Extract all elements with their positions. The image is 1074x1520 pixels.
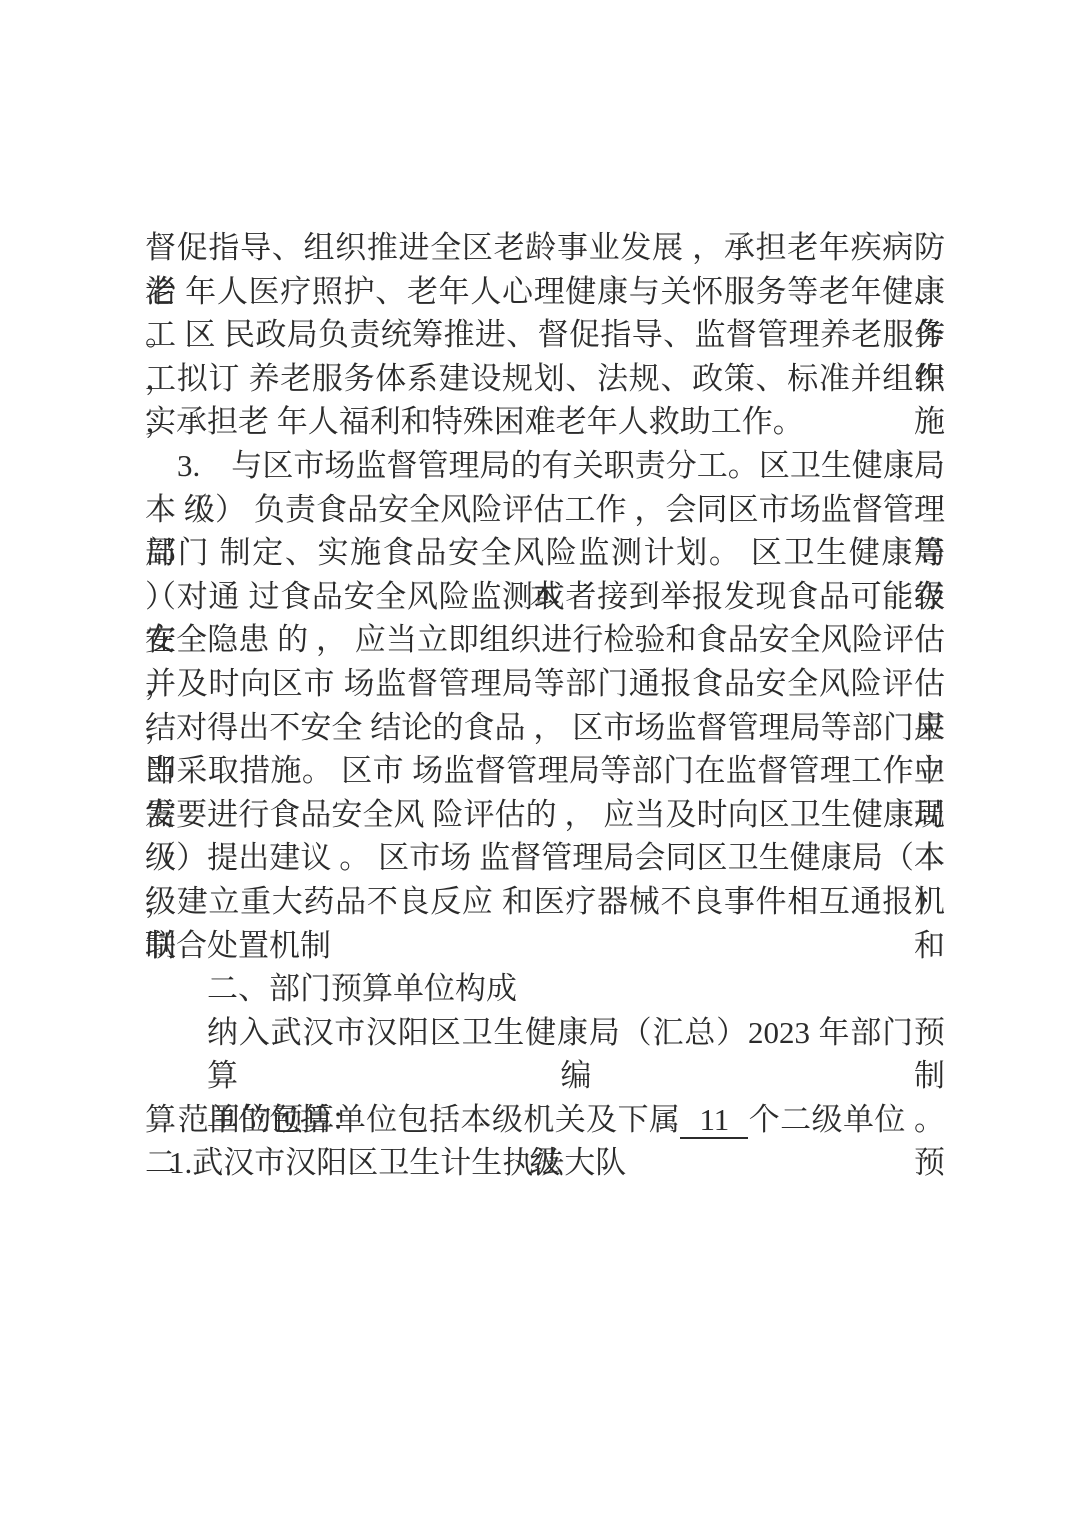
text-line: ，对得出不安全 结论的食品 ， 区市场监督管理局等部门应当立 — [145, 706, 945, 750]
document-page: { "page": { "background_color": "#ffffff… — [0, 0, 1074, 1520]
text-line: 。 区 民政局负责统筹推进、督促指导、监督管理养老服务工作 — [145, 313, 945, 357]
text-line: 部门 制定、实施食品安全风险监测计划。 区卫生健康局（本级 — [145, 531, 945, 575]
text-line: 级）提出建议 。 区市场 监督管理局会同区卫生健康局（本级） — [145, 836, 945, 880]
text-line: 并及时向区市 场监督管理局等部门通报食品安全风险评估结果 — [145, 662, 945, 706]
numbered-clause-line: 3. 与区市场监督管理局的有关职责分工。区卫生健康局（ — [145, 444, 945, 488]
text-line: 需要进行食品安全风 险评估的 ， 应当及时向区卫生健康局（本 — [145, 793, 945, 837]
text-line: ，拟订 养老服务体系建设规划、法规、政策、标准并组织实施 — [145, 357, 945, 401]
section-heading: 二、部门预算单位构成 — [145, 967, 945, 1011]
text-line: ）对通 过食品安全风险监测或者接到举报发现食品可能存在 — [145, 575, 945, 619]
text-line: ，建立重大药品不良反应 和医疗器械不良事件相互通报机制和 — [145, 880, 945, 924]
text-line: 即采取措施。 区市 场监督管理局等部门在监督管理工作中发现 — [145, 749, 945, 793]
underlined-value: 11 — [680, 1102, 748, 1139]
text-line: 老 年人医疗照护、老年人心理健康与关怀服务等老年健康工作 — [145, 270, 945, 314]
text-line: 纳入武汉市汉阳区卫生健康局（汇总）2023 年部门预算编制 — [145, 1011, 945, 1055]
document-body: 督促指导、组织推进全区老龄事业发展 ，承担老年疾病防治、 老 年人医疗照护、老年… — [145, 226, 945, 1185]
text-line: 督促指导、组织推进全区老龄事业发展 ，承担老年疾病防治、 — [145, 226, 945, 270]
text-line: 本 级） 负责食品安全风险评估工作 ，会同区市场监督管理局等 — [145, 488, 945, 532]
text-line: 安全隐患 的 ， 应当立即组织进行检验和食品安全风险评估 ， — [145, 618, 945, 662]
